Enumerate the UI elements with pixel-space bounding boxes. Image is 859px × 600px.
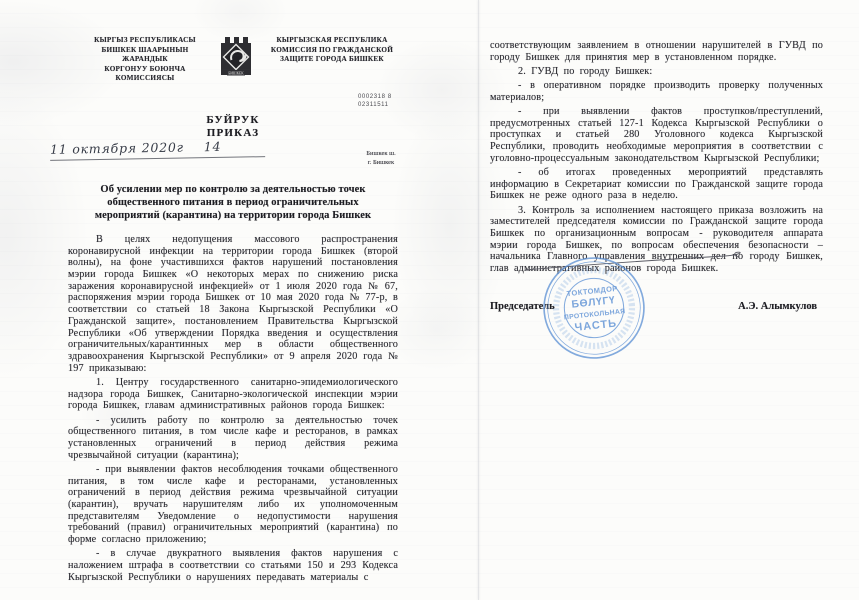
doc-type-kyrgyz: БУЙРУК — [68, 114, 398, 128]
org-name-russian: КЫРГЫЗСКАЯ РЕСПУБЛИКА КОМИССИЯ ПО ГРАЖДА… — [266, 36, 398, 65]
paragraph-bullet: - при выявлении фактов проступков/престу… — [490, 106, 823, 165]
org-kg-line: КОРГОНУУ БОЮНЧА КОМИССИЯСЫ — [84, 65, 206, 84]
org-ru-line: ЗАЩИТЕ ГОРОДА БИШКЕК — [266, 55, 398, 65]
org-ru-line: КЫРГЫЗСКАЯ РЕСПУБЛИКА — [266, 36, 398, 46]
page-right: соответствующим заявлением в отношении н… — [490, 40, 823, 312]
protocol-stamp-icon: ТОКТОМДОР БӨЛҮГҮ ПРОТОКОЛЬНАЯ ЧАСТЬ — [537, 251, 651, 365]
document-registration-number: 0002318 8 02311511 — [358, 94, 438, 109]
bishkek-emblem-icon: БИШКЕК — [216, 31, 256, 77]
paragraph-bullet: - при выявлении фактов несоблюдения точк… — [68, 464, 398, 546]
emblem-caption: БИШКЕК — [228, 71, 244, 75]
org-kg-line: БИШКЕК ШААРЫНЫН ЖАРАНДЫК — [84, 46, 206, 65]
paragraph-bullet: - об итогах проведенных мероприятий пред… — [490, 167, 823, 202]
signature-row: Председатель А.Э. Алымкулов — [490, 301, 823, 312]
doc-number-line: 02311511 — [358, 102, 438, 110]
place-line-kg: Бишкек ш. — [360, 150, 402, 159]
handwritten-date-line: 11 октября 2020г14 — [50, 137, 265, 161]
page-left: КЫРГЫЗ РЕСПУБЛИКАСЫ БИШКЕК ШААРЫНЫН ЖАРА… — [68, 30, 398, 583]
page-fold-divider — [478, 0, 479, 600]
stamp-line: БӨЛҮГҮ — [571, 295, 616, 311]
signature-name: А.Э. Алымкулов — [738, 301, 817, 312]
document-title: Об усилении мер по контролю за деятельно… — [92, 183, 374, 222]
place-line-ru: г. Бишкек — [360, 159, 402, 168]
stamp-line: ЧАСТЬ — [574, 318, 618, 334]
paragraph-bullet: - в оперативном порядке производить пров… — [490, 80, 823, 103]
page-left-body: В целях недопущения массового распростра… — [68, 234, 398, 583]
paragraph-bullet: - усилить работу по контролю за деятельн… — [68, 415, 398, 462]
letterhead: КЫРГЫЗ РЕСПУБЛИКАСЫ БИШКЕК ШААРЫНЫН ЖАРА… — [68, 30, 398, 84]
paragraph-continuation: соответствующим заявлением в отношении н… — [490, 40, 823, 63]
org-ru-line: КОМИССИЯ ПО ГРАЖДАНСКОЙ — [266, 46, 398, 56]
org-name-kyrgyz: КЫРГЫЗ РЕСПУБЛИКАСЫ БИШКЕК ШААРЫНЫН ЖАРА… — [84, 36, 206, 84]
paragraph-bullet: - в случае двукратного выявления фактов … — [68, 548, 398, 583]
scanned-document: КЫРГЫЗ РЕСПУБЛИКАСЫ БИШКЕК ШААРЫНЫН ЖАРА… — [0, 0, 859, 600]
page-right-body: соответствующим заявлением в отношении н… — [490, 40, 823, 275]
place-of-issue: Бишкек ш. г. Бишкек — [360, 150, 402, 167]
org-kg-line: КЫРГЫЗ РЕСПУБЛИКАСЫ — [84, 36, 206, 46]
handwritten-date: 11 октября 2020г14 — [50, 139, 222, 157]
paragraph-preamble: В целях недопущения массового распростра… — [68, 234, 398, 374]
handwritten-date-text: 11 октября 2020г — [50, 140, 184, 157]
paragraph-item-2: 2. ГУВД по городу Бишкек: — [490, 66, 823, 78]
doc-number-line: 0002318 8 — [358, 94, 438, 102]
paragraph-item-1: 1. Центру государственного санитарно-эпи… — [68, 377, 398, 412]
handwritten-order-number: 14 — [204, 139, 222, 154]
